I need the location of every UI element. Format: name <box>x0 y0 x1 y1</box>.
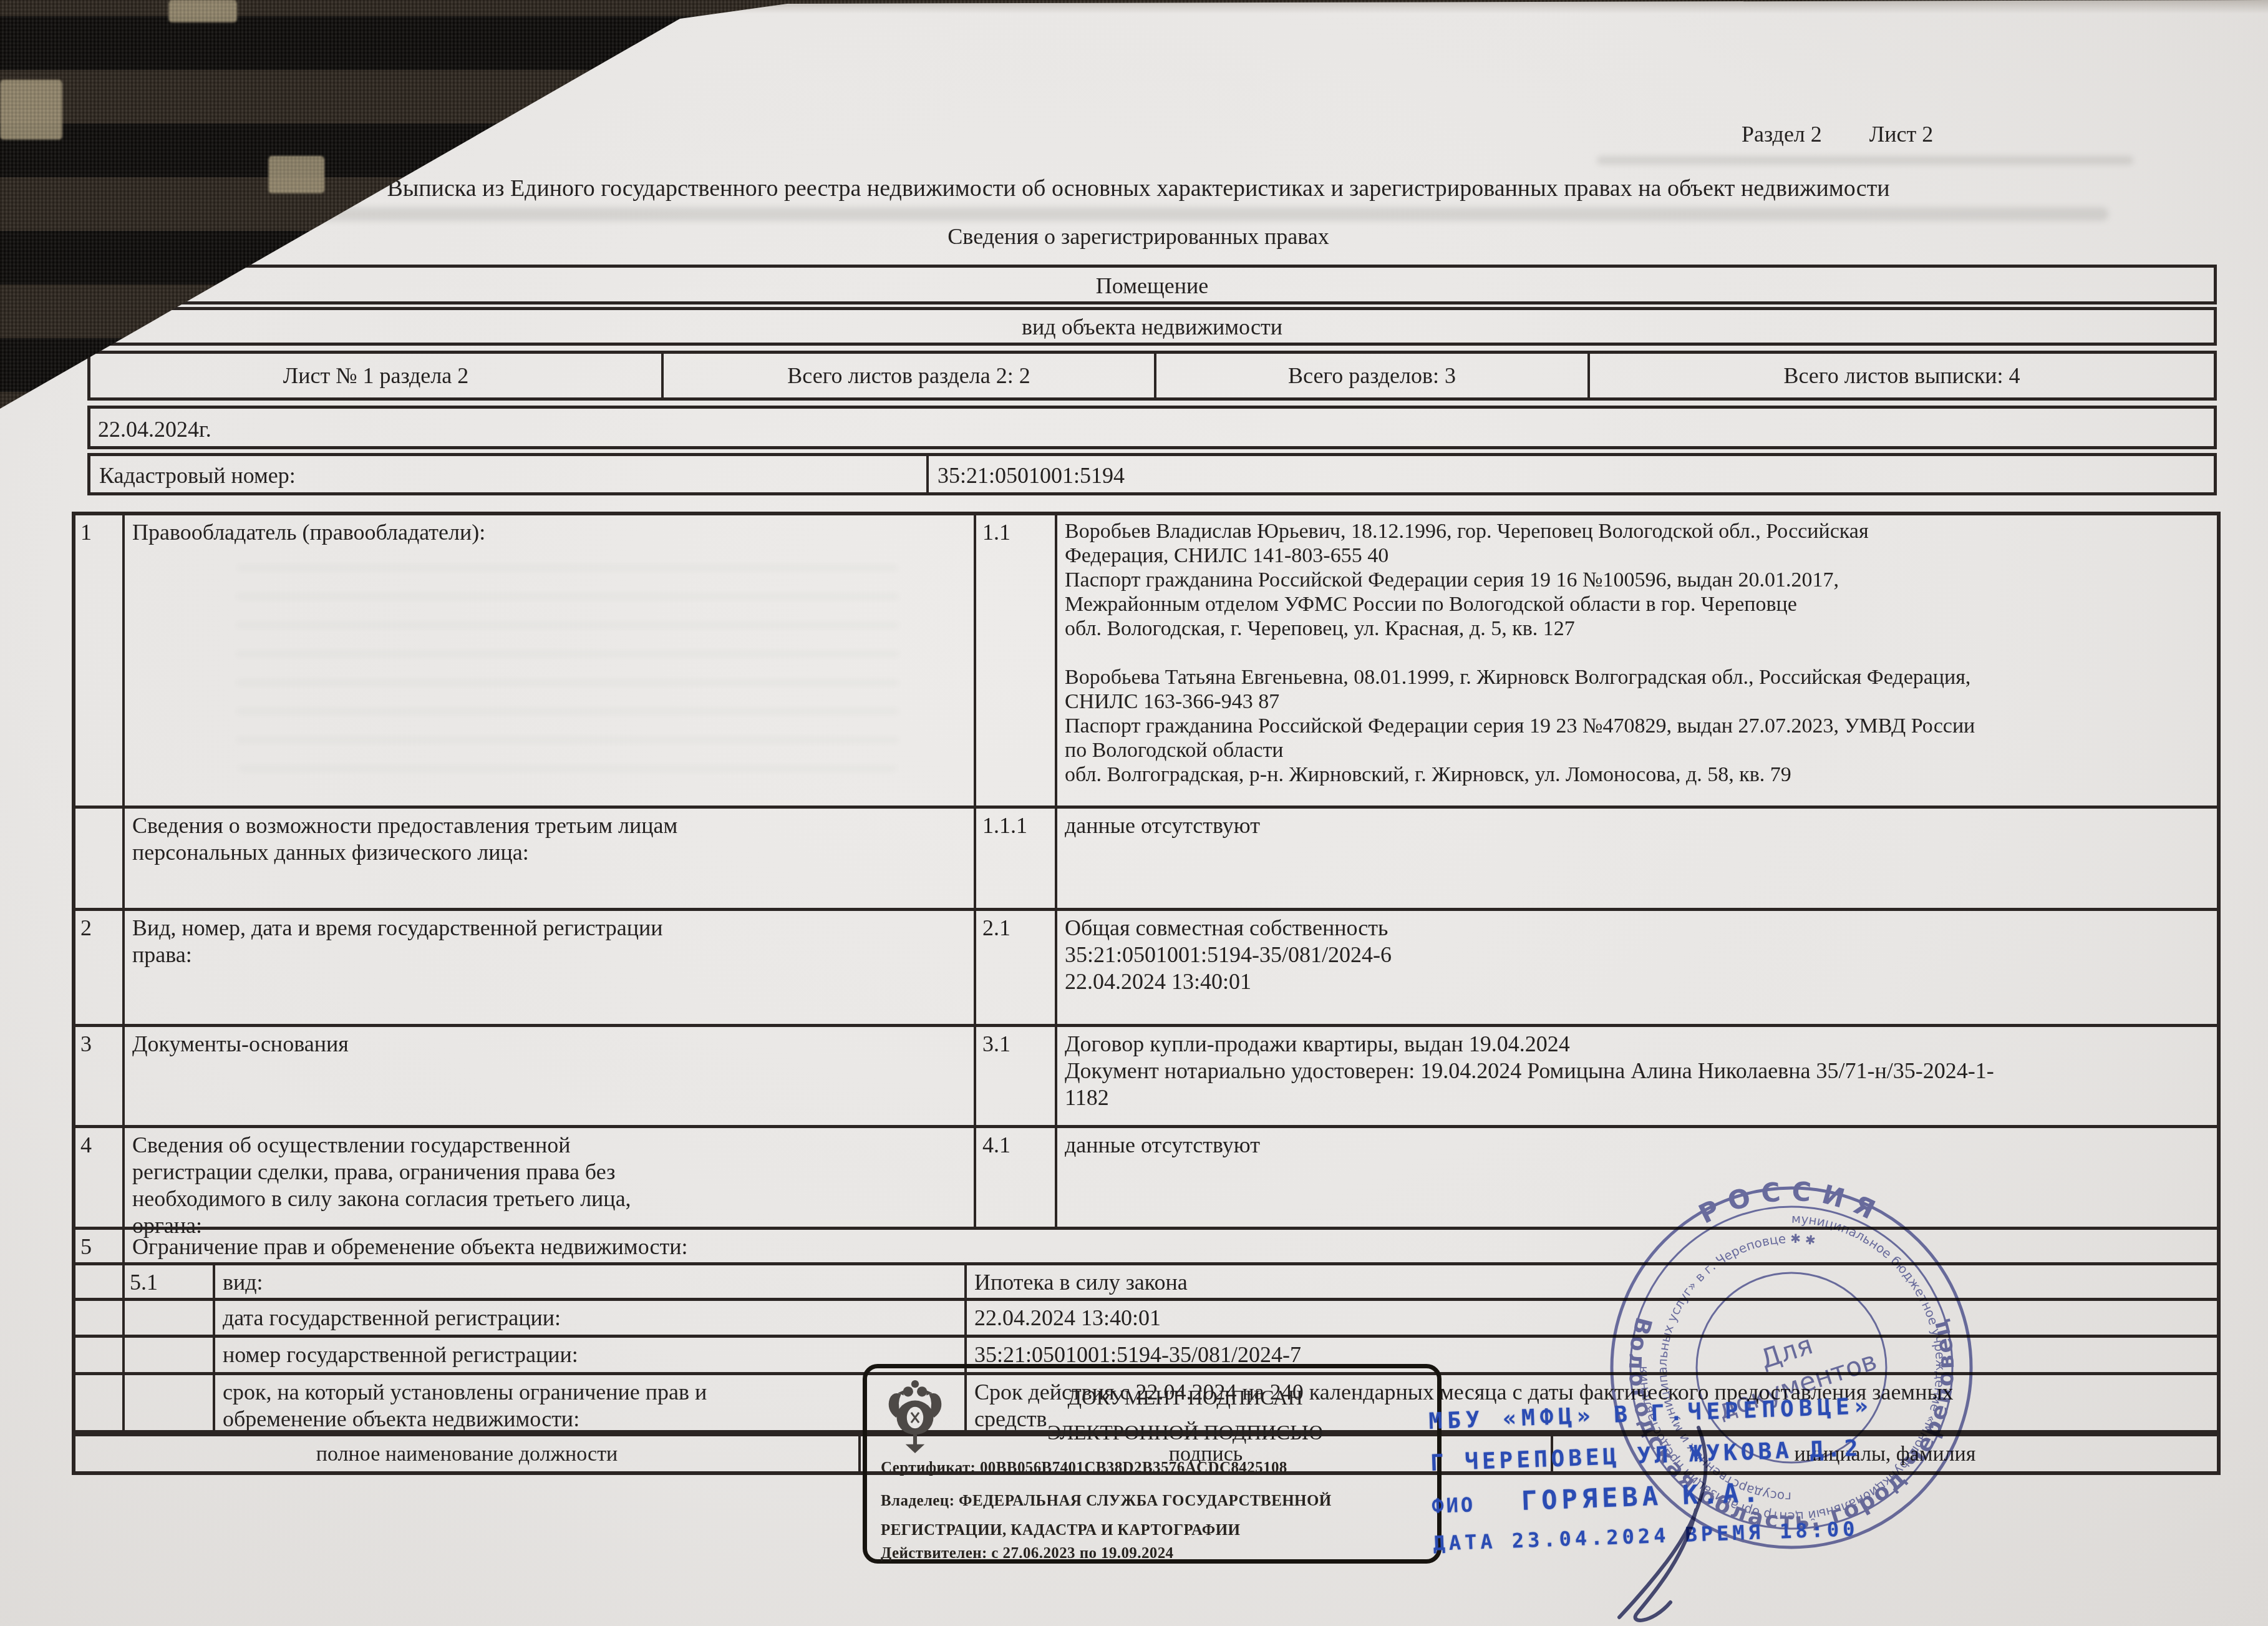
table-row: 3 Документы-основания 3.1 Договор купли-… <box>75 1027 2217 1128</box>
esign-owner-line1: Владелец: ФЕДЕРАЛЬНАЯ СЛУЖБА ГОСУДАРСТВЕ… <box>881 1492 1436 1510</box>
esign-owner-line2: РЕГИСТРАЦИИ, КАДАСТРА И КАРТОГРАФИИ <box>881 1522 1436 1539</box>
row-label: дата государственной регистрации: <box>213 1301 964 1335</box>
row-label: Вид, номер, дата и время государственной… <box>122 911 974 1024</box>
row-label: вид: <box>213 1265 964 1298</box>
row-subnumber: 3.1 <box>974 1027 1055 1125</box>
fabric-patch <box>168 0 237 22</box>
row-value: данные отсутствуют <box>1055 809 2217 908</box>
table-row: 1 Правообладатель (правообладатели): 1.1… <box>75 515 2217 809</box>
row-subnumber <box>122 1301 213 1335</box>
esign-certificate: Сертификат: 00BB056B7401CB38D2B3576ACDC8… <box>881 1459 1436 1477</box>
row-number: 2 <box>75 911 122 1024</box>
position-caption: полное наименование должности <box>75 1434 858 1471</box>
photo-scene: Раздел 2Лист 2 Выписка из Единого госуда… <box>0 0 2268 1626</box>
sheet-info-cell: Всего листов выписки: 4 <box>1587 354 2214 397</box>
handwritten-signature <box>1572 1404 1759 1626</box>
row-subnumber: 5.1 <box>122 1265 213 1298</box>
object-type-caption-cell: вид объекта недвижимости <box>87 307 2217 346</box>
row-subnumber <box>122 1338 213 1372</box>
sheet-label: Лист 2 <box>1869 122 1933 147</box>
mfc-fio-label: ФИО <box>1432 1492 1476 1517</box>
sheet-info-row: Лист № 1 раздела 2 Всего листов раздела … <box>87 351 2217 401</box>
esign-validity: Действителен: с 27.06.2023 по 19.09.2024 <box>881 1545 1436 1562</box>
object-type-cell: Помещение <box>87 265 2217 304</box>
row-number: 5 <box>75 1230 122 1262</box>
row-value: Ипотека в силу закона <box>964 1265 2217 1298</box>
row-number <box>75 1375 122 1433</box>
esign-title-line1: ДОКУМЕНТ ПОДПИСАН <box>942 1387 1428 1410</box>
bleed-through <box>312 207 2108 221</box>
document-title: Выписка из Единого государственного реес… <box>100 175 2177 202</box>
bleed-through <box>1597 156 2133 165</box>
row-subnumber: 1.1.1 <box>974 809 1055 908</box>
table-row: 2 Вид, номер, дата и время государственн… <box>75 911 2217 1027</box>
paper-top-edge <box>674 0 2268 14</box>
fabric-patch <box>0 80 62 140</box>
row-value: 22.04.2024 13:40:01 <box>964 1301 2217 1335</box>
esign-stamp: ДОКУМЕНТ ПОДПИСАН ЭЛЕКТРОННОЙ ПОДПИСЬЮ С… <box>863 1364 1442 1564</box>
row-label: Правообладатель (правообладатели): <box>122 515 974 806</box>
esign-title-line2: ЭЛЕКТРОННОЙ ПОДПИСЬЮ <box>942 1422 1428 1445</box>
page-header: Раздел 2Лист 2 <box>1742 121 1933 147</box>
row-value: Воробьев Владислав Юрьевич, 18.12.1996, … <box>1055 515 2217 806</box>
cadastral-row: Кадастровый номер: 35:21:0501001:5194 <box>87 453 2217 495</box>
row-number <box>75 809 122 908</box>
table-row: Сведения о возможности предоставления тр… <box>75 809 2217 911</box>
sheet-info-cell: Всего листов раздела 2: 2 <box>661 354 1154 397</box>
row-number: 1 <box>75 515 122 806</box>
fabric-patch <box>268 156 324 193</box>
row-number <box>75 1301 122 1335</box>
extract-date-cell: 22.04.2024г. <box>87 406 2217 449</box>
row-number: 4 <box>75 1128 122 1227</box>
row-value: Договор купли-продажи квартиры, выдан 19… <box>1055 1027 2217 1125</box>
row-subnumber: 1.1 <box>974 515 1055 806</box>
row-subnumber <box>122 1375 213 1433</box>
cadastral-value: 35:21:0501001:5194 <box>926 456 2214 492</box>
sheet-info-cell: Всего разделов: 3 <box>1154 354 1587 397</box>
row-subnumber: 4.1 <box>974 1128 1055 1227</box>
row-label: Сведения об осуществлении государственно… <box>122 1128 974 1227</box>
row-value: Общая совместная собственность 35:21:050… <box>1055 911 2217 1024</box>
row-subnumber: 2.1 <box>974 911 1055 1024</box>
row-label: срок, на который установлены ограничение… <box>213 1375 964 1433</box>
coat-of-arms-icon <box>883 1378 947 1456</box>
document-page: Раздел 2Лист 2 Выписка из Единого госуда… <box>0 0 2268 1626</box>
row-label: Документы-основания <box>122 1027 974 1125</box>
row-number <box>75 1338 122 1372</box>
document-subtitle: Сведения о зарегистрированных правах <box>100 223 2177 250</box>
row-label: номер государственной регистрации: <box>213 1338 964 1372</box>
row-number <box>75 1265 122 1298</box>
sheet-info-cell: Лист № 1 раздела 2 <box>90 354 661 397</box>
section-label: Раздел 2 <box>1742 122 1822 147</box>
row-label: Сведения о возможности предоставления тр… <box>122 809 974 908</box>
row-number: 3 <box>75 1027 122 1125</box>
cadastral-label: Кадастровый номер: <box>90 456 926 492</box>
